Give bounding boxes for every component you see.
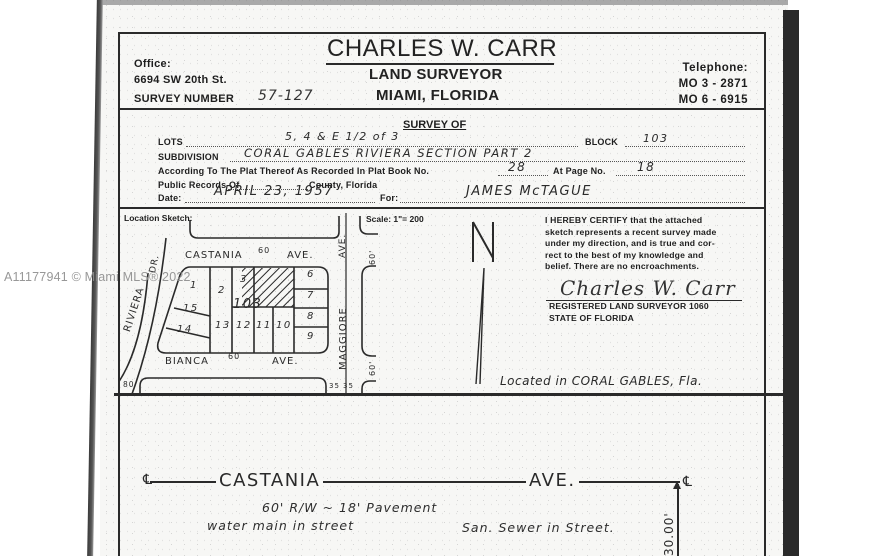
plan-street-name: CASTANIA [216,470,323,491]
lots-value: 5, 4 & E 1/2 of 3 [285,130,400,143]
page-label: At Page No. [553,166,606,176]
lots-label: LOTS [158,137,183,147]
registration-label: REGISTERED LAND SURVEYOR 1060 [549,301,709,313]
date-value: APRIL 23, 1957 [214,184,334,199]
telephone-label: Telephone: [672,60,748,76]
dimension-label: 30.00' [662,512,676,556]
telephone-1: MO 3 - 2871 [662,76,748,92]
telephone-2: MO 6 - 6915 [662,92,748,108]
mls-watermark: A11177941 © Miami MLS® 2022 [4,270,191,284]
bianca-ave-label: AVE. [272,356,299,367]
block-label: BLOCK [585,137,618,147]
plan-street-suffix: AVE. [526,470,579,491]
for-value: JAMES McTAGUE [466,184,592,199]
maggiore-street-label: MAGGIORE [338,307,349,370]
firm-title: LAND SURVEYOR [369,66,503,83]
firm-name-underline [326,63,554,65]
firm-name: CHARLES W. CARR [327,35,557,63]
survey-number-value: 57-127 [258,88,314,104]
castania-street-label: CASTANIA [185,250,243,261]
block-value: 103 [643,132,669,145]
for-label: For: [380,193,398,203]
centerline-symbol-right: ℄ [683,474,693,490]
surveyor-signature: Charles W. Carr [560,276,736,300]
date-label: Date: [158,193,182,203]
subdivision-value: CORAL GABLES RIVIERA SECTION PART 2 [244,146,533,160]
page-top-edge [100,0,788,5]
centerline-symbol-left: ℄ [143,472,153,488]
castania-ave-label: AVE. [287,250,314,261]
dimension-arrow-icon [673,481,681,489]
north-arrow-icon [473,222,493,384]
subdivision-label: SUBDIVISION [158,152,219,162]
plat-text: According To The Plat Thereof As Recorde… [158,166,429,176]
dimension-line [677,484,679,556]
firm-location: MIAMI, FLORIDA [376,87,499,104]
row-note: 60' R/W ~ 18' Pavement [262,500,437,515]
water-main-note: water main in street [207,518,354,533]
state-label: STATE OF FLORIDA [549,313,634,325]
office-address: 6694 SW 20th St. [134,72,227,88]
located-in-label: Located in CORAL GABLES, Fla. [500,374,702,388]
sewer-note: San. Sewer in Street. [462,520,615,535]
page-value: 18 [637,160,655,174]
certification-block: I HEREBY CERTIFY that the attached sketc… [545,215,716,273]
page-right-edge [783,10,799,556]
bianca-street-label: BIANCA [165,356,209,367]
block-number-label: 103 [233,297,262,312]
office-label: Office: [134,56,171,72]
survey-of-label: SURVEY OF [403,119,466,131]
header-divider [118,108,764,110]
plat-book-value: 28 [508,160,526,174]
survey-number-label: SURVEY NUMBER [134,91,234,107]
